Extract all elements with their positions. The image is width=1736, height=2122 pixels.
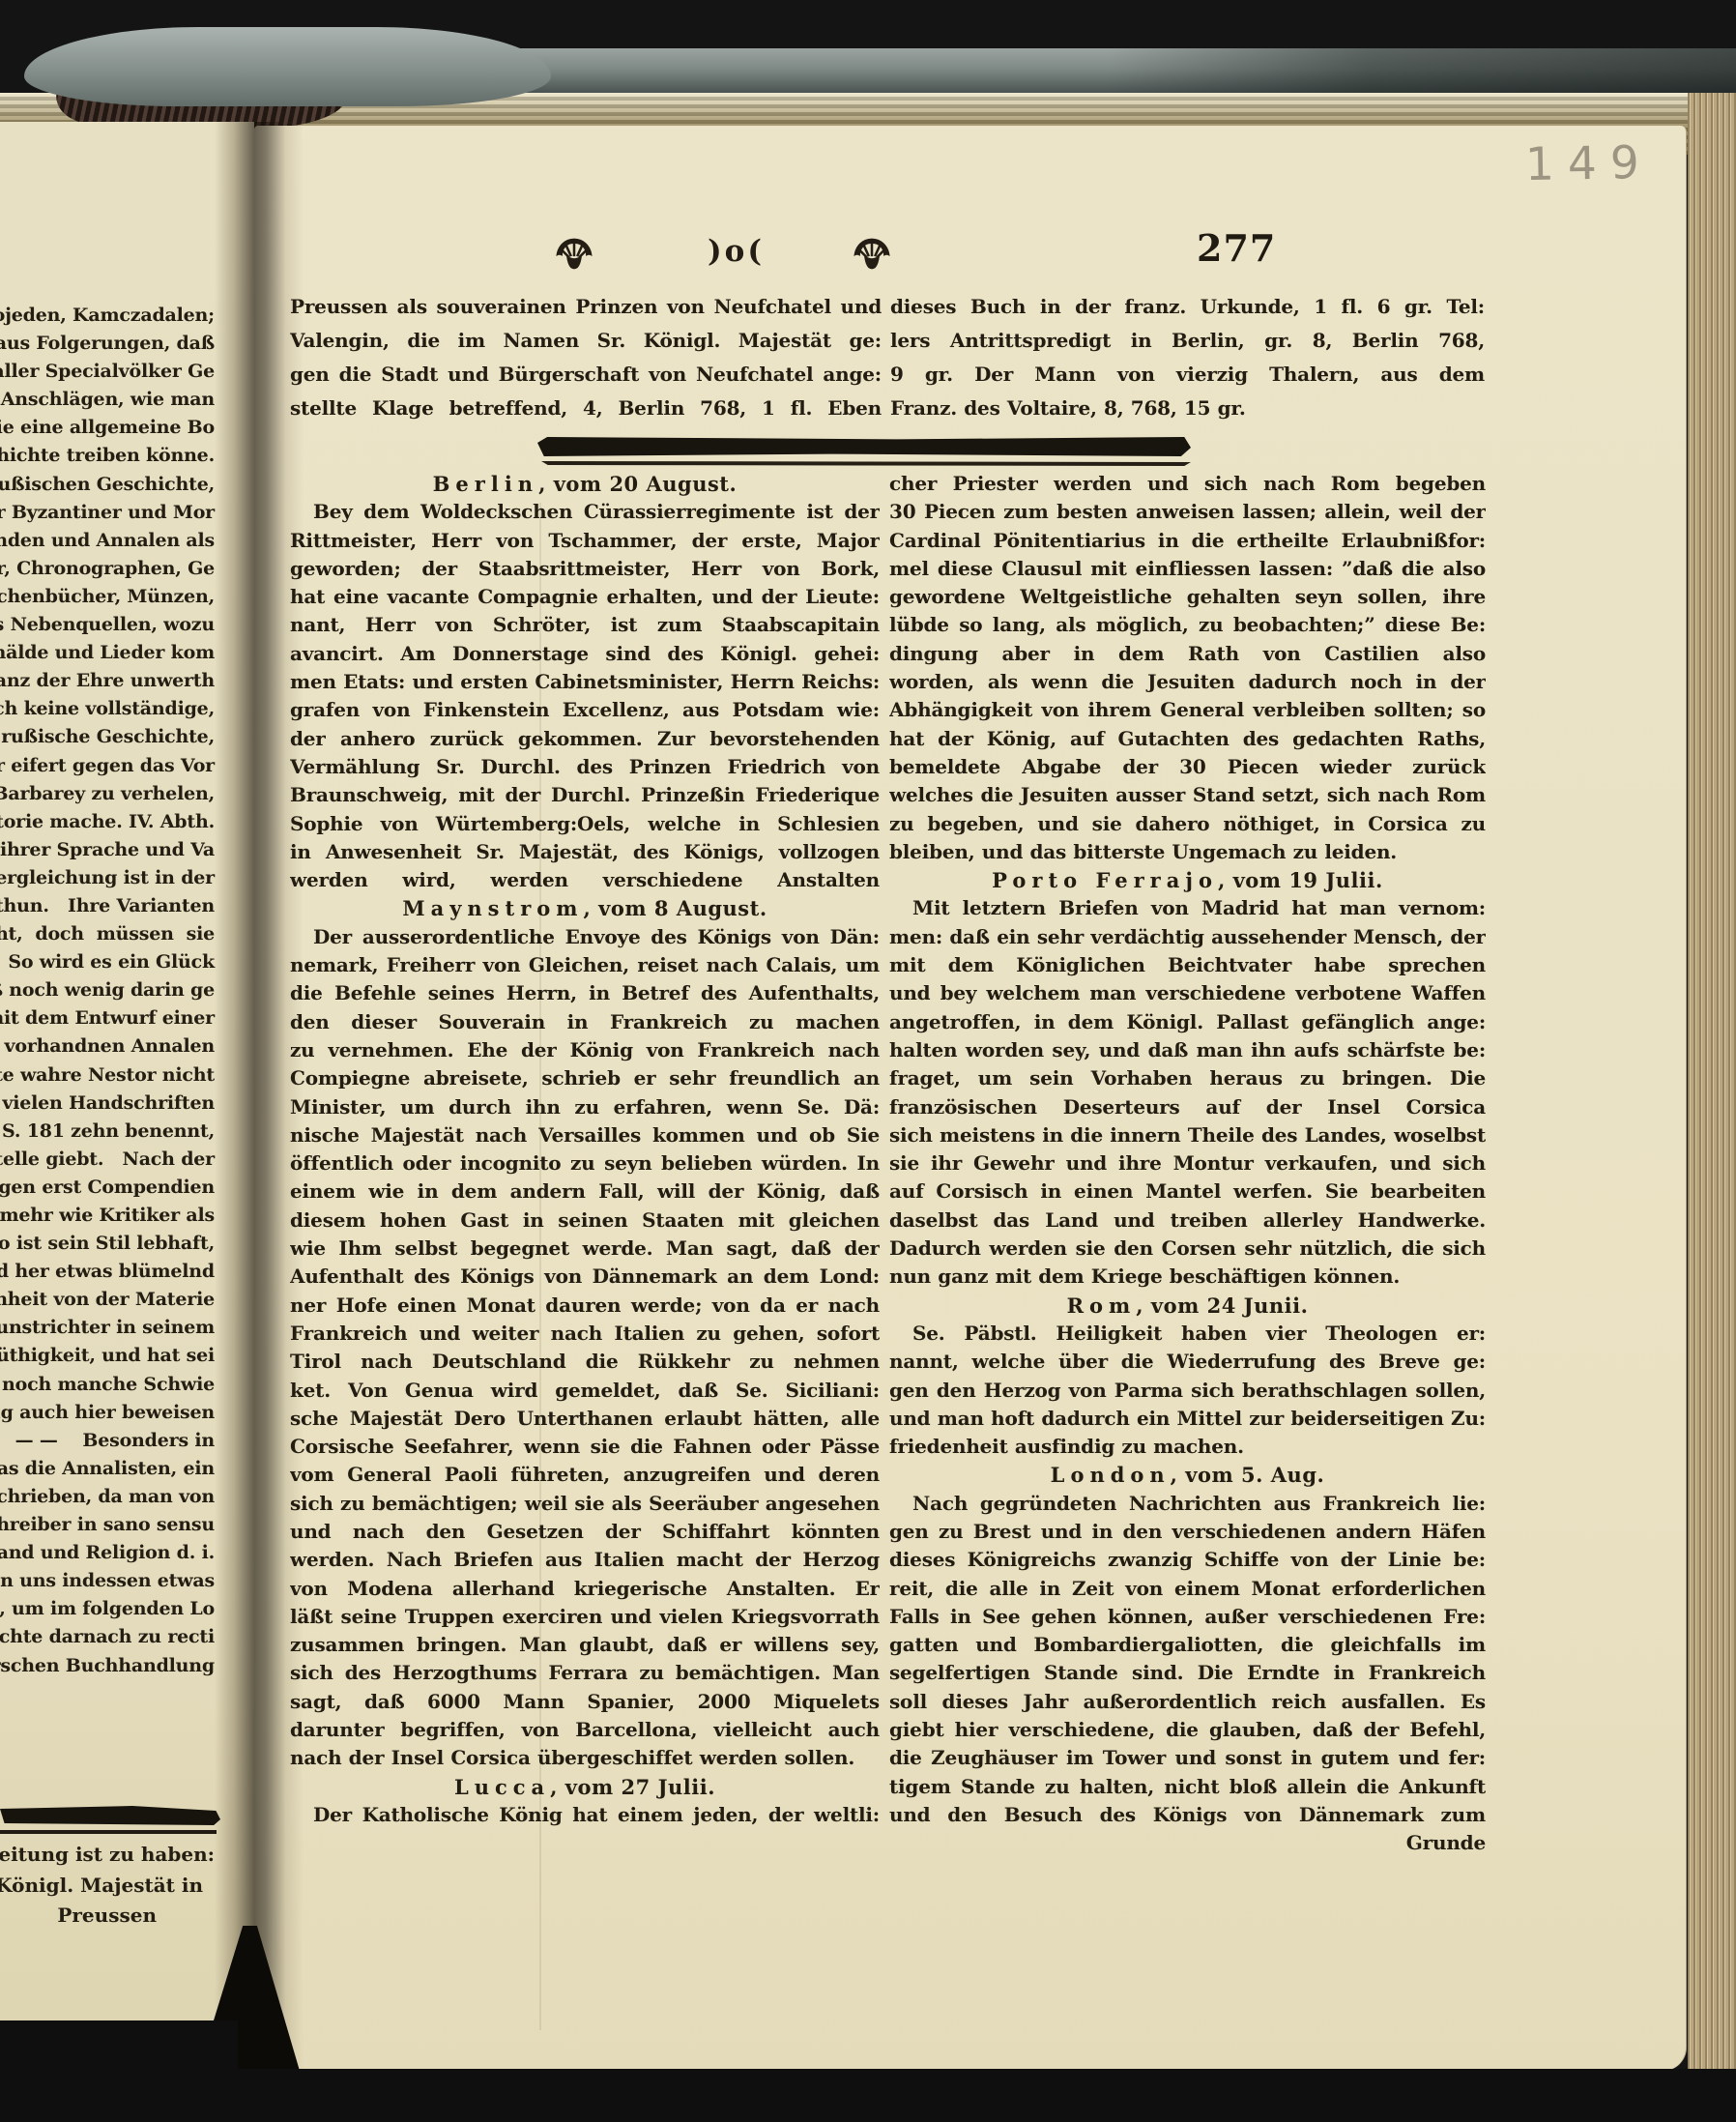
text-line: friedenheit ausfindig zu machen. [889,1433,1486,1461]
text-line: einem wie in dem andern Fall, will der K… [290,1177,880,1206]
text-line: sche Majestät Dero Unterthanen erlaubt h… [290,1405,880,1433]
text-line: segelfertigen Stande sind. Die Erndte in… [889,1659,1486,1687]
heading-date: , vom 8 August. [584,896,767,920]
text-line: zu vernehmen. Ehe der König von Frankrei… [290,1036,880,1064]
heading-place: Lucca [454,1775,550,1799]
text-line: stellte Klage betreffend, 4, Berlin 768,… [290,392,882,425]
text-line: lübde so lang, als möglich, zu beobachte… [889,611,1486,639]
article-column-right: cher Priester werden und sich nach Rom b… [889,470,1486,1858]
text-line: halten worden sey, und daß man ihn aufs … [889,1036,1486,1064]
previous-page-text-fragment: mojeden, Kamczadalen; ieraus Folgerungen… [0,302,215,1680]
text-line: und nach den Gesetzen der Schiffahrt kön… [290,1518,880,1546]
text-line: mit dem Königlichen Beichtvater habe spr… [889,951,1486,979]
text-line: lers Antrittspredigt in Berlin, gr. 8, B… [890,324,1485,358]
text-line: Abhängigkeit von ihrem General verbleibe… [889,696,1486,724]
text-line: gen zu Brest und in den verschiedenen an… [889,1518,1486,1546]
text-line: nant, Herr von Schröter, ist zum Staabsc… [290,611,880,639]
heading-place: London [1051,1463,1171,1487]
text-line: Der ausserordentliche Envoye des Königs … [290,923,880,951]
text-line: sich des Herzogthums Ferrara zu bemächti… [290,1659,880,1687]
text-line: Rittmeister, Herr von Tschammer, der ers… [290,527,880,555]
availability-notice-line: Preussen [57,1904,157,1927]
shell-ornament-icon [851,236,893,273]
text-line: geworden; der Staabsrittmeister, Herr vo… [290,555,880,583]
text-line: giebt hier verschiedene, die glauben, da… [889,1716,1486,1744]
article-heading: Porto Ferrajo, vom 19 Julii. [889,866,1486,894]
text-line: worden, als wenn die Jesuiten dadurch no… [889,668,1486,696]
text-line: tigem Stande zu halten, nicht bloß allei… [889,1773,1486,1801]
separator-rule [537,437,1191,456]
text-line: öffentlich oder incognito zu seyn belieb… [290,1149,880,1177]
text-line: dieses Buch in der franz. Urkunde, 1 fl.… [890,290,1485,324]
text-line: bleiben, und das bitterste Ungemach zu l… [889,838,1486,866]
text-line: Aufenthalt des Königs von Dännemark an d… [290,1263,880,1291]
text-line: nische Majestät nach Versailles kommen u… [290,1121,880,1149]
heading-place: Porto Ferrajo [992,868,1218,892]
text-line: den dieser Souverain in Frankreich zu ma… [290,1008,880,1036]
text-line: nach der Insel Corsica übergeschiffet we… [290,1744,880,1772]
article-heading: Lucca, vom 27 Julii. [290,1773,880,1801]
text-line: men: daß ein sehr verdächtig aussehender… [889,923,1486,951]
text-line: mel diese Clausul mit einfliessen lassen… [889,555,1486,583]
article-heading: Rom, vom 24 Junii. [889,1292,1486,1320]
text-line: in Anwesenheit Sr. Majestät, des Königs,… [290,838,880,866]
text-line: Tirol nach Deutschland die Rükkehr zu ne… [290,1348,880,1376]
text-line: ket. Von Genua wird gemeldet, daß Se. Si… [290,1377,880,1405]
text-line: sagt, daß 6000 Mann Spanier, 2000 Miquel… [290,1688,880,1716]
text-line: nemark, Freiherr von Gleichen, reiset na… [290,951,880,979]
heading-place: Maynstrom [402,896,583,920]
text-line: sie ihr Gewehr und ihre Montur verkaufen… [889,1149,1486,1177]
text-line: daselbst das Land und treiben allerley H… [889,1206,1486,1235]
text-line: Mit letztern Briefen von Madrid hat man … [889,894,1486,922]
text-line: und man hoft dadurch ein Mittel zur beid… [889,1405,1486,1433]
text-line: Minister, um durch ihn zu erfahren, wenn… [290,1093,880,1121]
text-line: läßt seine Truppen exerciren und vielen … [290,1603,880,1631]
text-line: gewordene Weltgeistliche gehalten seyn s… [889,583,1486,611]
cover-cloth-band [425,48,1736,95]
text-line: Bey dem Woldeckschen Cürassierregimente … [290,498,880,526]
article-heading: London, vom 5. Aug. [889,1461,1486,1489]
text-line: reit, die alle in Zeit von einem Monat e… [889,1575,1486,1603]
text-line: Grunde [889,1829,1486,1857]
text-line: und den Besuch des Königs von Dännemark … [889,1801,1486,1829]
text-line: diesem hohen Gast in seinen Staaten mit … [290,1206,880,1235]
text-line: Preussen als souverainen Prinzen von Neu… [290,290,882,324]
text-line: dingung aber in dem Rath von Castilien a… [889,640,1486,668]
top-continuation-right-column: dieses Buch in der franz. Urkunde, 1 fl.… [890,290,1485,425]
fore-edge-page-stack [1688,93,1736,2069]
text-line: sich meistens in die innern Theile des L… [889,1121,1486,1149]
text-line: Frankreich und weiter nach Italien zu ge… [290,1320,880,1348]
page-number: 277 [1197,226,1276,270]
text-line: zusammen bringen. Man glaubt, daß er wil… [290,1631,880,1659]
separator-rule-thin [0,1830,217,1834]
printers-mark: )o( [708,234,765,269]
heading-place: Berlin [433,472,538,496]
text-line: cher Priester werden und sich nach Rom b… [889,470,1486,498]
text-line: 9 gr. Der Mann von vierzig Thalern, aus … [890,358,1485,392]
text-line: avancirt. Am Donnerstage sind des Königl… [290,640,880,668]
text-line: Der Katholische König hat einem jeden, d… [290,1801,880,1829]
text-line: ner Hofe einen Monat dauren werde; von d… [290,1292,880,1320]
text-line: französischen Deserteurs auf der Insel C… [889,1093,1486,1121]
heading-date: , vom 5. Aug. [1171,1463,1325,1487]
headband-bulge [24,27,551,106]
text-line: dieses Königreichs zwanzig Schiffe von d… [889,1546,1486,1574]
text-line: Valengin, die im Namen Sr. Königl. Majes… [290,324,882,358]
text-line: grafen von Finkenstein Excellenz, aus Po… [290,696,880,724]
text-line: die Zeughäuser im Tower und sonst in gut… [889,1744,1486,1772]
text-line: Dadurch werden sie den Corsen sehr nützl… [889,1235,1486,1263]
text-line: Se. Päbstl. Heiligkeit haben vier Theolo… [889,1320,1486,1348]
text-line: soll dieses Jahr außerordentlich reich a… [889,1688,1486,1716]
folio-handwritten-number: 149 [1525,136,1654,191]
text-line: wie Ihm selbst begegnet werde. Man sagt,… [290,1235,880,1263]
heading-date: , vom 24 Junii. [1136,1294,1308,1318]
text-line: welches die Jesuiten ausser Stand setzt,… [889,781,1486,809]
text-line: nun ganz mit dem Kriege beschäftigen kön… [889,1263,1486,1291]
shell-ornament-icon [553,236,595,273]
heading-date: , vom 27 Julii. [550,1775,715,1799]
text-line: Falls in See gehen können, außer verschi… [889,1603,1486,1631]
book-scan: mojeden, Kamczadalen; ieraus Folgerungen… [0,0,1736,2122]
text-line: werden. Nach Briefen aus Italien macht d… [290,1546,880,1574]
text-line: angetroffen, in dem Königl. Pallast gefä… [889,1008,1486,1036]
text-line: Braunschweig, mit der Durchl. Prinzeßin … [290,781,880,809]
text-line: Vermählung Sr. Durchl. des Prinzen Fried… [290,753,880,781]
text-line: Corsische Seefahrer, wenn sie die Fahnen… [290,1433,880,1461]
text-line: bemeldete Abgabe der 30 Piecen wieder zu… [889,753,1486,781]
text-line: hat eine vacante Compagnie erhalten, und… [290,583,880,611]
heading-date: , vom 19 Julii. [1218,868,1383,892]
text-line: gatten und Bombardiergaliotten, die glei… [889,1631,1486,1659]
text-line: sich zu bemächtigen; weil sie als Seeräu… [290,1490,880,1518]
text-line: die Befehle seines Herrn, in Betref des … [290,979,880,1007]
text-line: vom General Paoli führeten, anzugreifen … [290,1461,880,1489]
text-line: Cardinal Pönitentiarius in die ertheilte… [889,527,1486,555]
top-continuation-left-column: Preussen als souverainen Prinzen von Neu… [290,290,882,425]
text-line: Nach gegründeten Nachrichten aus Frankre… [889,1490,1486,1518]
availability-notice-line: Königl. Majestät in [0,1874,203,1897]
article-heading: Berlin, vom 20 August. [290,470,880,498]
text-line: nannt, welche über die Wiederrufung des … [889,1348,1486,1376]
text-line: Franz. des Voltaire, 8, 768, 15 gr. [890,392,1485,425]
text-line: und bey welchem man verschiedene verbote… [889,979,1486,1007]
text-line: hat der König, auf Gutachten des gedacht… [889,725,1486,753]
text-line: zu begeben, und sie dahero nöthiget, in … [889,810,1486,838]
text-line: fraget, um sein Vorhaben heraus zu bring… [889,1064,1486,1092]
heading-place: Rom [1067,1294,1137,1318]
text-line: 30 Piecen zum besten anweisen lassen; al… [889,498,1486,526]
text-line: auf Corsisch in einen Mantel werfen. Sie… [889,1177,1486,1206]
text-line: men Etats: und ersten Cabinetsminister, … [290,668,880,696]
text-line: gen den Herzog von Parma sich berathschl… [889,1377,1486,1405]
text-line: Compiegne abreisete, schrieb er sehr fre… [290,1064,880,1092]
text-line: gen die Stadt und Bürgerschaft von Neufc… [290,358,882,392]
article-column-left: Berlin, vom 20 August.Bey dem Woldecksch… [290,470,880,1829]
text-line: von Modena allerhand kriegerische Anstal… [290,1575,880,1603]
article-heading: Maynstrom, vom 8 August. [290,894,880,922]
heading-date: , vom 20 August. [538,472,737,496]
text-line: werden wird, werden verschiedene Anstalt… [290,866,880,894]
background-shadow [0,2069,1736,2122]
text-line: der anhero zurück gekommen. Zur bevorste… [290,725,880,753]
text-line: Sophie von Würtemberg:Oels, welche in Sc… [290,810,880,838]
availability-notice-line: Zeitung ist zu haben: [0,1843,215,1866]
text-line: darunter begriffen, von Barcellona, viel… [290,1716,880,1744]
